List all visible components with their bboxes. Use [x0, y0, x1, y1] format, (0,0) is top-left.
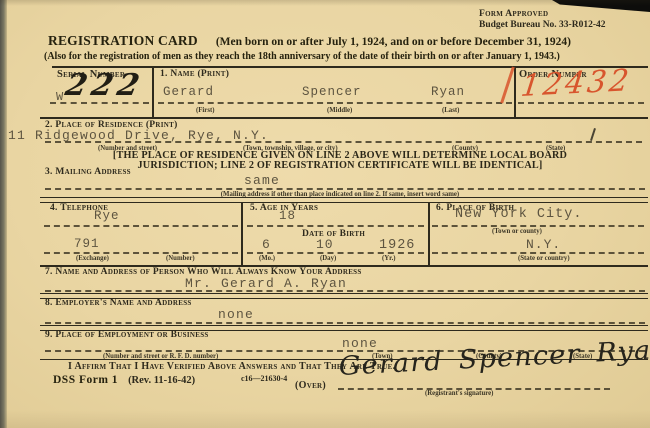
- employer-dotted-line: [45, 322, 645, 324]
- page-title: REGISTRATION CARD: [48, 33, 198, 48]
- card-title-row: REGISTRATION CARD (Men born on or after …: [48, 32, 571, 50]
- employment-label: 9. Place of Employment or Business: [45, 330, 209, 340]
- middle-caption: (Middle): [327, 107, 352, 114]
- birth-year-value: 1926: [379, 238, 415, 253]
- scan-bottom-shade: [0, 410, 650, 428]
- employer-value: none: [218, 307, 254, 322]
- order-number-check-stroke: [500, 66, 515, 103]
- birthplace-dotted-2: [432, 252, 644, 254]
- town-or-county-caption: (Town or county): [492, 228, 542, 235]
- registrant-signature: Gerard Spencer Ryan: [338, 335, 650, 382]
- last-caption: (Last): [442, 107, 459, 114]
- contact-dotted-line: [45, 290, 645, 292]
- name-label: 1. Name (Print): [160, 69, 229, 79]
- order-number-handwritten: 12432: [519, 63, 634, 104]
- telephone-dotted-1: [44, 225, 238, 227]
- age-dotted-1: [247, 225, 424, 227]
- month-caption: (Mo.): [259, 255, 275, 262]
- form-approved-label: Form Approved: [479, 9, 548, 19]
- divider-name-order: [514, 66, 516, 118]
- birth-day-value: 10: [316, 237, 334, 252]
- birthplace-state-value: N.Y.: [526, 237, 561, 252]
- birth-month-value: 6: [262, 237, 271, 252]
- order-dotted-line: [518, 102, 644, 104]
- telephone-number-value: 791: [74, 237, 100, 251]
- form-id: DSS Form 1: [53, 374, 118, 386]
- name-first-value: Gerard: [163, 85, 214, 99]
- first-caption: (First): [196, 107, 215, 114]
- name-dotted-line: [158, 102, 512, 104]
- stray-pen-mark: [590, 128, 596, 141]
- divider-serial-name: [152, 66, 154, 118]
- scan-left-edge: [0, 0, 7, 428]
- birthplace-dotted-1: [432, 225, 644, 227]
- employer-label: 8. Employer's Name and Address: [45, 298, 192, 308]
- residence-dotted-line: [45, 141, 642, 143]
- divider-age-birth: [428, 203, 430, 265]
- serial-dotted-line: [50, 102, 149, 104]
- year-caption: (Yr.): [382, 255, 396, 262]
- double-rule-under-mailing: [40, 197, 648, 203]
- budget-bureau-label: Budget Bureau No. 33-R012-42: [479, 20, 606, 30]
- birthplace-town-value: New York City.: [455, 207, 582, 222]
- over-label: (Over): [295, 380, 326, 391]
- telephone-exchange-value: Rye: [94, 209, 120, 223]
- form-revision: (Rev. 11-16-42): [128, 375, 195, 386]
- scan-top-shade: [0, 0, 650, 6]
- employment-value: none: [342, 336, 378, 351]
- registration-card-scan: Form Approved Budget Bureau No. 33-R012-…: [0, 0, 650, 428]
- telephone-dotted-2: [44, 252, 238, 254]
- contact-value: Mr. Gerard A. Ryan: [185, 276, 347, 291]
- signature-caption: (Registrant's signature): [425, 390, 493, 397]
- state-or-country-caption: (State or country): [518, 255, 570, 262]
- print-code: c16—21630-4: [241, 374, 287, 383]
- exchange-caption: (Exchange): [76, 255, 109, 262]
- age-dotted-2: [247, 252, 424, 254]
- age-value: 18: [279, 209, 296, 223]
- mailing-address-label: 3. Mailing Address: [45, 167, 131, 177]
- title-subtitle: (Also for the registration of men as the…: [44, 51, 560, 62]
- divider-telephone-age: [241, 203, 243, 265]
- name-middle-value: Spencer: [302, 85, 362, 99]
- form-id-row: DSS Form 1 (Rev. 11-16-42): [53, 370, 195, 388]
- day-caption: (Day): [320, 255, 336, 262]
- name-last-value: Ryan: [431, 85, 465, 99]
- serial-number-handwritten: 222: [62, 68, 147, 103]
- number-caption: (Number): [166, 255, 195, 262]
- title-note: (Men born on or after July 1, 1924, and …: [216, 36, 571, 48]
- mailing-address-value: same: [244, 173, 280, 188]
- mailing-dotted-line: [45, 188, 645, 190]
